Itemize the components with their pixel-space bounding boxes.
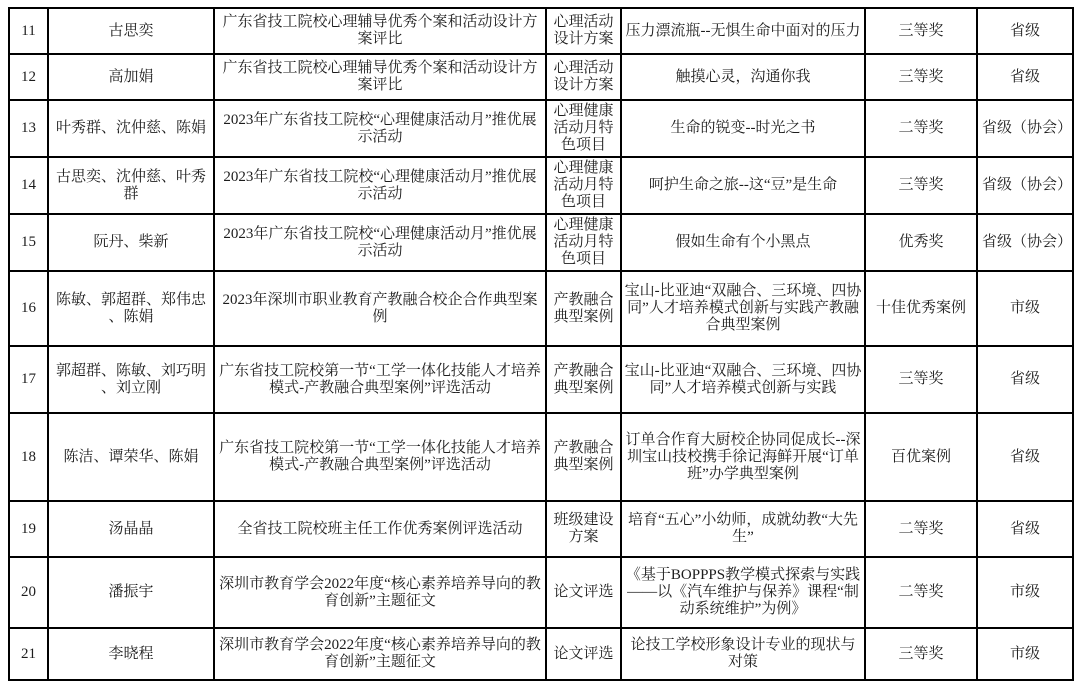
cell-category: 心理活动设计方案 xyxy=(546,54,621,100)
cell-names: 陈洁、谭荣华、陈娟 xyxy=(48,413,214,501)
table-row: 19 汤晶晶 全省技工院校班主任工作优秀案例评选活动 班级建设方案 培育“五心”… xyxy=(9,501,1073,557)
cell-award: 百优案例 xyxy=(865,413,977,501)
cell-level: 市级 xyxy=(977,628,1073,680)
cell-award: 优秀奖 xyxy=(865,214,977,271)
cell-row-number: 16 xyxy=(9,271,48,346)
cell-event-name: 广东省技工院校第一节“工学一体化技能人才培养模式-产教融合典型案例”评选活动 xyxy=(214,346,546,413)
awards-table-body: 11 古思奕 广东省技工院校心理辅导优秀个案和活动设计方案评比 心理活动设计方案… xyxy=(9,8,1073,680)
cell-award: 十佳优秀案例 xyxy=(865,271,977,346)
cell-names: 陈敏、郭超群、郑伟忠、陈娟 xyxy=(48,271,214,346)
cell-event-name: 深圳市教育学会2022年度“核心素养培养导向的教育创新”主题征文 xyxy=(214,628,546,680)
cell-work-title: 论技工学校形象设计专业的现状与对策 xyxy=(621,628,865,680)
cell-work-title: 宝山-比亚迪“双融合、三环境、四协同”人才培养模式创新与实践产教融合典型案例 xyxy=(621,271,865,346)
cell-category: 产教融合典型案例 xyxy=(546,413,621,501)
table-row: 16 陈敏、郭超群、郑伟忠、陈娟 2023年深圳市职业教育产教融合校企合作典型案… xyxy=(9,271,1073,346)
cell-level: 省级 xyxy=(977,501,1073,557)
awards-table: 11 古思奕 广东省技工院校心理辅导优秀个案和活动设计方案评比 心理活动设计方案… xyxy=(8,7,1074,681)
cell-work-title: 触摸心灵，沟通你我 xyxy=(621,54,865,100)
cell-level: 省级 xyxy=(977,346,1073,413)
cell-level: 省级（协会） xyxy=(977,214,1073,271)
cell-event-name: 深圳市教育学会2022年度“核心素养培养导向的教育创新”主题征文 xyxy=(214,557,546,628)
cell-award: 二等奖 xyxy=(865,100,977,157)
table-row: 15 阮丹、柴新 2023年广东省技工院校“心理健康活动月”推优展示活动 心理健… xyxy=(9,214,1073,271)
cell-row-number: 12 xyxy=(9,54,48,100)
cell-row-number: 18 xyxy=(9,413,48,501)
document-page: 11 古思奕 广东省技工院校心理辅导优秀个案和活动设计方案评比 心理活动设计方案… xyxy=(0,0,1080,671)
cell-event-name: 广东省技工院校心理辅导优秀个案和活动设计方案评比 xyxy=(214,8,546,54)
cell-category: 心理健康活动月特色项目 xyxy=(546,100,621,157)
cell-row-number: 19 xyxy=(9,501,48,557)
cell-work-title: 宝山-比亚迪“双融合、三环境、四协同”人才培养模式创新与实践 xyxy=(621,346,865,413)
cell-names: 李晓程 xyxy=(48,628,214,680)
cell-award: 三等奖 xyxy=(865,346,977,413)
cell-names: 古思奕、沈仲慈、叶秀群 xyxy=(48,157,214,214)
cell-names: 高加娟 xyxy=(48,54,214,100)
cell-work-title: 《基于BOPPPS教学模式探索与实践——以《汽车维护与保养》课程“制动系统维护”… xyxy=(621,557,865,628)
cell-names: 郭超群、陈敏、刘巧明、刘立刚 xyxy=(48,346,214,413)
cell-award: 三等奖 xyxy=(865,628,977,680)
cell-category: 心理健康活动月特色项目 xyxy=(546,214,621,271)
cell-names: 潘振宇 xyxy=(48,557,214,628)
cell-row-number: 14 xyxy=(9,157,48,214)
cell-level: 市级 xyxy=(977,271,1073,346)
cell-award: 二等奖 xyxy=(865,501,977,557)
cell-work-title: 生命的锐变--时光之书 xyxy=(621,100,865,157)
cell-work-title: 呵护生命之旅--这“豆”是生命 xyxy=(621,157,865,214)
cell-row-number: 13 xyxy=(9,100,48,157)
cell-row-number: 17 xyxy=(9,346,48,413)
cell-event-name: 2023年广东省技工院校“心理健康活动月”推优展示活动 xyxy=(214,157,546,214)
cell-row-number: 21 xyxy=(9,628,48,680)
cell-level: 省级（协会） xyxy=(977,100,1073,157)
cell-award: 二等奖 xyxy=(865,557,977,628)
cell-event-name: 全省技工院校班主任工作优秀案例评选活动 xyxy=(214,501,546,557)
cell-category: 产教融合典型案例 xyxy=(546,271,621,346)
cell-names: 叶秀群、沈仲慈、陈娟 xyxy=(48,100,214,157)
cell-award: 三等奖 xyxy=(865,157,977,214)
cell-row-number: 11 xyxy=(9,8,48,54)
cell-level: 省级 xyxy=(977,413,1073,501)
cell-event-name: 广东省技工院校第一节“工学一体化技能人才培养模式-产教融合典型案例”评选活动 xyxy=(214,413,546,501)
cell-work-title: 压力漂流瓶--无惧生命中面对的压力 xyxy=(621,8,865,54)
cell-event-name: 2023年深圳市职业教育产教融合校企合作典型案例 xyxy=(214,271,546,346)
table-row: 17 郭超群、陈敏、刘巧明、刘立刚 广东省技工院校第一节“工学一体化技能人才培养… xyxy=(9,346,1073,413)
cell-level: 市级 xyxy=(977,557,1073,628)
table-row: 12 高加娟 广东省技工院校心理辅导优秀个案和活动设计方案评比 心理活动设计方案… xyxy=(9,54,1073,100)
cell-names: 古思奕 xyxy=(48,8,214,54)
cell-row-number: 20 xyxy=(9,557,48,628)
cell-names: 阮丹、柴新 xyxy=(48,214,214,271)
cell-category: 班级建设方案 xyxy=(546,501,621,557)
table-row: 14 古思奕、沈仲慈、叶秀群 2023年广东省技工院校“心理健康活动月”推优展示… xyxy=(9,157,1073,214)
table-row: 11 古思奕 广东省技工院校心理辅导优秀个案和活动设计方案评比 心理活动设计方案… xyxy=(9,8,1073,54)
cell-category: 论文评选 xyxy=(546,557,621,628)
cell-category: 心理活动设计方案 xyxy=(546,8,621,54)
cell-award: 三等奖 xyxy=(865,54,977,100)
cell-level: 省级 xyxy=(977,54,1073,100)
cell-event-name: 2023年广东省技工院校“心理健康活动月”推优展示活动 xyxy=(214,100,546,157)
cell-level: 省级 xyxy=(977,8,1073,54)
cell-event-name: 广东省技工院校心理辅导优秀个案和活动设计方案评比 xyxy=(214,54,546,100)
cell-names: 汤晶晶 xyxy=(48,501,214,557)
cell-category: 论文评选 xyxy=(546,628,621,680)
table-row: 20 潘振宇 深圳市教育学会2022年度“核心素养培养导向的教育创新”主题征文 … xyxy=(9,557,1073,628)
cell-row-number: 15 xyxy=(9,214,48,271)
cell-level: 省级（协会） xyxy=(977,157,1073,214)
cell-work-title: 订单合作育大厨校企协同促成长--深圳宝山技校携手徐记海鲜开展“订单班”办学典型案… xyxy=(621,413,865,501)
table-row: 18 陈洁、谭荣华、陈娟 广东省技工院校第一节“工学一体化技能人才培养模式-产教… xyxy=(9,413,1073,501)
cell-award: 三等奖 xyxy=(865,8,977,54)
table-row: 13 叶秀群、沈仲慈、陈娟 2023年广东省技工院校“心理健康活动月”推优展示活… xyxy=(9,100,1073,157)
cell-work-title: 培育“五心”小幼师，成就幼教“大先生” xyxy=(621,501,865,557)
cell-category: 心理健康活动月特色项目 xyxy=(546,157,621,214)
table-row: 21 李晓程 深圳市教育学会2022年度“核心素养培养导向的教育创新”主题征文 … xyxy=(9,628,1073,680)
cell-category: 产教融合典型案例 xyxy=(546,346,621,413)
cell-event-name: 2023年广东省技工院校“心理健康活动月”推优展示活动 xyxy=(214,214,546,271)
cell-work-title: 假如生命有个小黑点 xyxy=(621,214,865,271)
